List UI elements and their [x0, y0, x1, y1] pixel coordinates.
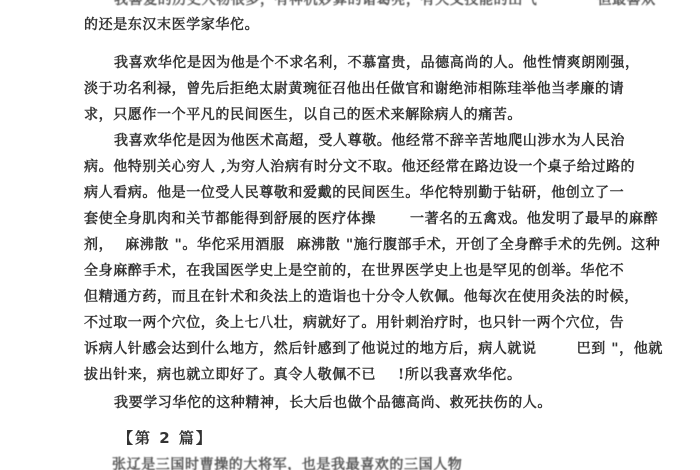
text-fragment: 但最喜欢: [597, 0, 655, 8]
paragraph-3-line-2: 病。他特别关心穷人 ,为穷人治病有时分文不取。他还经常在路边设一个桌子给过路的: [84, 158, 635, 176]
text-fragment: !所以我喜欢华佗。: [398, 367, 522, 383]
paragraph-2-line-1: 我喜欢华佗是因为他是个不求名利，不慕富贵，品德高尚的人。他性情爽朗刚强，: [114, 54, 640, 72]
document-page: 我喜爱的历史人物很多，有神机妙算的诸葛亮，有天文技能的出气但最喜欢 的还是东汉末…: [0, 0, 700, 470]
paragraph-3-line-1: 我喜欢华佗是因为他医术高超，受人尊敬。他经常不辞辛苦地爬山涉水为人民治: [114, 132, 625, 150]
top-partial-line: 我喜爱的历史人物很多，有神机妙算的诸葛亮，有天文技能的出气但最喜欢: [114, 0, 656, 9]
text-fragment: 麻沸散 "施行腹部手术，开创了全身醉手术的先例。这种: [297, 237, 661, 253]
paragraph-4-line-1: 我要学习华佗的这种精神，长大后也做个品德高尚、救死扶伤的人。: [114, 394, 552, 412]
paragraph-3-line-6: 全身麻醉手术，在我国医学史上是空前的，在世界医学史上也是罕见的创举。华佗不: [84, 262, 624, 280]
paragraph-3-line-10: 拔出针来，病也就立即好了。真令人敬佩不已!所以我喜欢华佗。: [84, 366, 522, 384]
text-fragment: 我喜爱的历史人物很多，有神机妙算的诸葛亮，有天文技能的出气: [114, 0, 537, 8]
paragraph-3-line-8: 不过取一两个穴位，灸上七八壮，病就好了。用针刺治疗时，也只针一两个穴位，告: [84, 314, 624, 332]
paragraph-3-line-4: 套使全身肌肉和关节都能得到舒展的医疗体操一著名的五禽戏。他发明了最早的麻醉: [84, 210, 658, 228]
text-fragment: 剂，: [84, 237, 113, 253]
paragraph-2-line-2: 淡于功名利禄，曾先后拒绝太尉黄琬征召他出任做官和谢绝沛相陈珪举他当孝廉的请: [84, 80, 624, 98]
paragraph-3-line-9: 诉病人针感会达到什么地方，然后针感到了他说过的地方后，病人就说巴到 "，他就: [84, 340, 663, 358]
paragraph-3-line-7: 但精通方药，而且在针术和灸法上的造诣也十分令人钦佩。他每次在使用灸法的时候，: [84, 288, 639, 306]
text-fragment: 一著名的五禽戏。他发明了最早的麻醉: [410, 211, 658, 227]
text-fragment: 麻沸散 "。华佗采用酒服: [125, 237, 284, 253]
bottom-partial-line: 张辽是三国时曹操的大将军，也是我最喜欢的三国人物: [112, 456, 462, 470]
section-heading: 【第 2 篇】: [118, 428, 213, 448]
paragraph-3-line-5: 剂，麻沸散 "。华佗采用酒服麻沸散 "施行腹部手术，开创了全身醉手术的先例。这种: [84, 236, 660, 254]
text-fragment: 巴到 "，他就: [577, 341, 663, 357]
paragraph-1-line-1: 的还是东汉末医学家华佗。: [84, 16, 259, 34]
paragraph-2-line-3: 求，只愿作一个平凡的民间医生，以自己的医术来解除病人的痛苦。: [84, 106, 522, 124]
text-fragment: 拔出针来，病也就立即好了。真令人敬佩不已: [84, 367, 376, 383]
text-fragment: 诉病人针感会达到什么地方，然后针感到了他说过的地方后，病人就说: [84, 341, 537, 357]
text-fragment: 套使全身肌肉和关节都能得到舒展的医疗体操: [84, 211, 376, 227]
paragraph-3-line-3: 病人看病。他是一位受人民尊敬和爱戴的民间医生。华佗特别勤于钻研，他创立了一: [84, 184, 624, 202]
